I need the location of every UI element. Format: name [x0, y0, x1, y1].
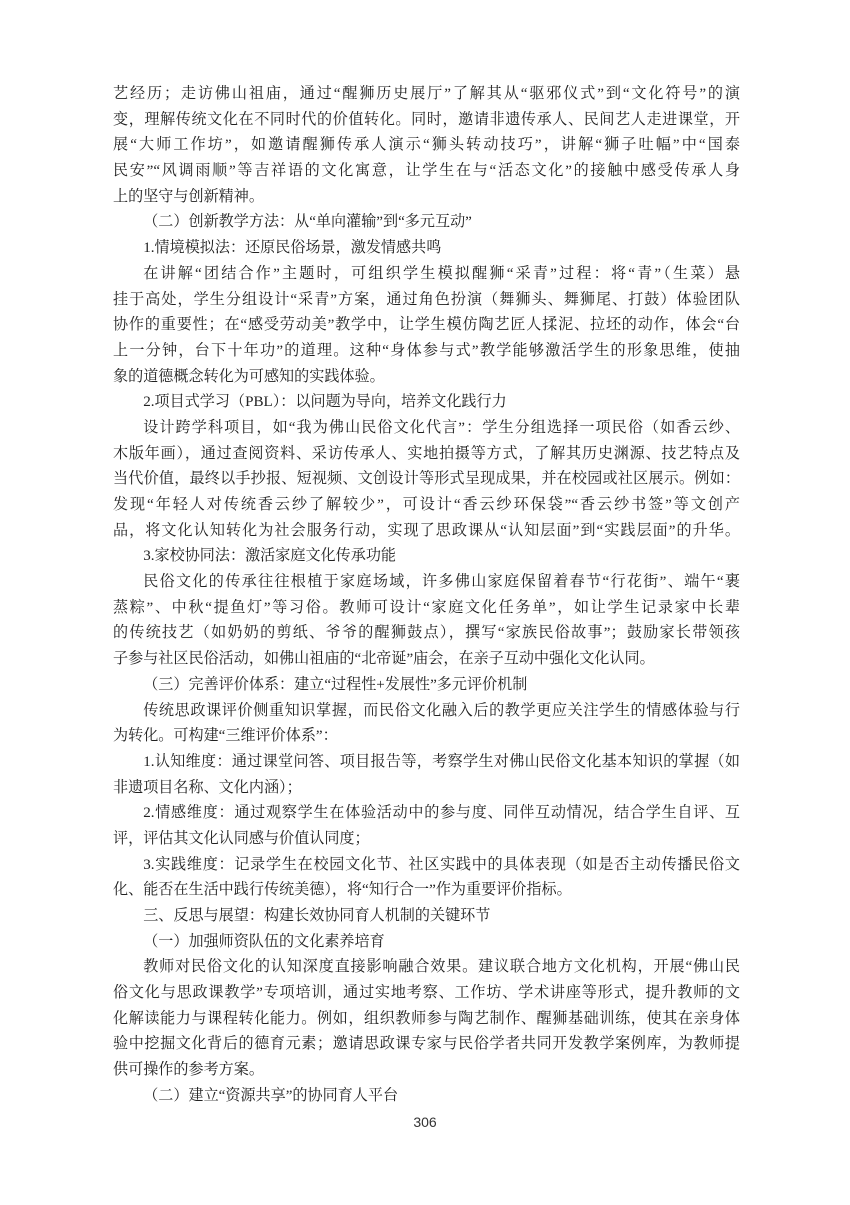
document-line: 木版年画），通过查阅资料、采访传承人、实地拍摄等方式，了解其历史渊源、技艺特点及	[113, 442, 740, 468]
document-line: 教师对民俗文化的认知深度直接影响融合效果。建议联合地方文化机构，开展“佛山民	[113, 955, 740, 981]
document-line: 设计跨学科项目，如“我为佛山民俗文化代言”：学生分组选择一项民俗（如香云纱、	[113, 416, 740, 442]
document-line: 象的道德概念转化为可感知的实践体验。	[113, 365, 740, 391]
document-line: （二）建立“资源共享”的协同育人平台	[113, 1084, 740, 1110]
document-line: 变，理解传统文化在不同时代的价值转化。同时，邀请非遗传承人、民间艺人走进课堂，开	[113, 108, 740, 134]
document-line: 2.情感维度：通过观察学生在体验活动中的参与度、同伴互动情况，结合学生自评、互	[113, 801, 740, 827]
document-line: 艺经历；走访佛山祖庙，通过“醒狮历史展厅”了解其从“驱邪仪式”到“文化符号”的演	[113, 82, 740, 108]
document-line: 协作的重要性；在“感受劳动美”教学中，让学生模仿陶艺匠人揉泥、拉坯的动作，体会“…	[113, 313, 740, 339]
document-line: 品，将文化认知转化为社会服务行动，实现了思政课从“认知层面”到“实践层面”的升华…	[113, 519, 740, 545]
document-line: 当代价值，最终以手抄报、短视频、文创设计等形式呈现成果，并在校园或社区展示。例如…	[113, 467, 740, 493]
page-number: 306	[413, 1114, 436, 1130]
document-line: 1.认知维度：通过课堂问答、项目报告等，考察学生对佛山民俗文化基本知识的掌握（如	[113, 750, 740, 776]
document-line: 供可操作的参考方案。	[113, 1058, 740, 1084]
document-line: 的传统技艺（如奶奶的剪纸、爷爷的醒狮鼓点），撰写“家族民俗故事”；鼓励家长带领孩	[113, 621, 740, 647]
document-line: 2.项目式学习（PBL）：以问题为导向，培养文化践行力	[113, 390, 740, 416]
document-line: 俗文化与思政课教学”专项培训，通过实地考察、工作坊、学术讲座等形式，提升教师的文	[113, 981, 740, 1007]
document-line: 为转化。可构建“三维评价体系”：	[113, 724, 740, 750]
document-line: 三、反思与展望：构建长效协同育人机制的关键环节	[113, 904, 740, 930]
document-line: 1.情境模拟法：还原民俗场景，激发情感共鸣	[113, 236, 740, 262]
document-line: 民安”“风调雨顺”等吉祥语的文化寓意，让学生在与“活态文化”的接触中感受传承人身	[113, 159, 740, 185]
document-line: 评，评估其文化认同感与价值认同度；	[113, 827, 740, 853]
document-line: 验中挖掘文化背后的德育元素；邀请思政课专家与民俗学者共同开发教学案例库，为教师提	[113, 1032, 740, 1058]
document-line: 上的坚守与创新精神。	[113, 185, 740, 211]
document-line: （一）加强师资队伍的文化素养培育	[113, 930, 740, 956]
document-page: 艺经历；走访佛山祖庙，通过“醒狮历史展厅”了解其从“驱邪仪式”到“文化符号”的演…	[0, 0, 850, 1205]
document-line: （三）完善评价体系：建立“过程性+发展性”多元评价机制	[113, 673, 740, 699]
document-line: 挂于高处，学生分组设计“采青”方案，通过角色扮演（舞狮头、舞狮尾、打鼓）体验团队	[113, 288, 740, 314]
document-line: 发现“年轻人对传统香云纱了解较少”，可设计“香云纱环保袋”“香云纱书签”等文创产	[113, 493, 740, 519]
document-line: 化、能否在生活中践行传统美德），将“知行合一”作为重要评价指标。	[113, 878, 740, 904]
document-line: 上一分钟，台下十年功”的道理。这种“身体参与式”教学能够激活学生的形象思维，使抽	[113, 339, 740, 365]
document-line: （二）创新教学方法：从“单向灌输”到“多元互动”	[113, 210, 740, 236]
document-line: 展“大师工作坊”，如邀请醒狮传承人演示“狮头转动技巧”，讲解“狮子吐幅”中“国泰	[113, 133, 740, 159]
document-line: 化解读能力与课程转化能力。例如，组织教师参与陶艺制作、醒狮基础训练，使其在亲身体	[113, 1007, 740, 1033]
document-line: 在讲解“团结合作”主题时，可组织学生模拟醒狮“采青”过程：将“青”（生菜）悬	[113, 262, 740, 288]
page-footer: 306	[0, 1112, 850, 1132]
document-line: 传统思政课评价侧重知识掌握，而民俗文化融入后的教学更应关注学生的情感体验与行	[113, 699, 740, 725]
document-body: 艺经历；走访佛山祖庙，通过“醒狮历史展厅”了解其从“驱邪仪式”到“文化符号”的演…	[113, 82, 740, 1110]
document-line: 非遗项目名称、文化内涵）；	[113, 776, 740, 802]
document-line: 民俗文化的传承往往根植于家庭场域，许多佛山家庭保留着春节“行花街”、端午“裹	[113, 570, 740, 596]
document-line: 3.实践维度：记录学生在校园文化节、社区实践中的具体表现（如是否主动传播民俗文	[113, 853, 740, 879]
document-line: 蒸粽”、中秋“提鱼灯”等习俗。教师可设计“家庭文化任务单”，如让学生记录家中长辈	[113, 596, 740, 622]
document-line: 子参与社区民俗活动，如佛山祖庙的“北帝诞”庙会，在亲子互动中强化文化认同。	[113, 647, 740, 673]
document-line: 3.家校协同法：激活家庭文化传承功能	[113, 544, 740, 570]
